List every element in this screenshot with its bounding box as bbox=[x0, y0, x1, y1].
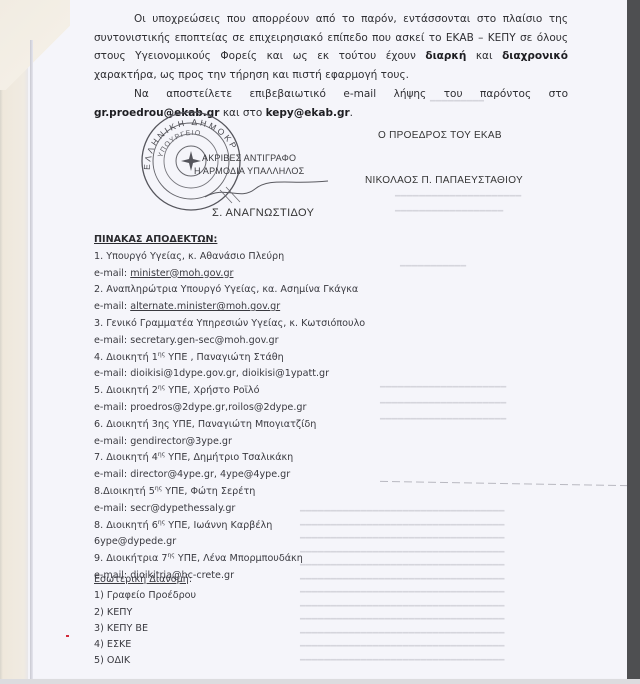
emphasized-text: kepy@ekab.gr bbox=[266, 107, 350, 119]
body-paragraph-obligations: Οι υποχρεώσεις που απορρέουν από το παρό… bbox=[94, 10, 568, 84]
recipient-name: 2. Αναπληρώτρια Υπουργό Υγείας, κα. Ασημ… bbox=[94, 282, 394, 299]
email-address: 6ype@dypede.gr bbox=[94, 536, 176, 547]
signatory-title: Ο ΠΡΟΕΔΡΟΣ ΤΟΥ ΕΚΑΒ bbox=[378, 130, 502, 141]
recipient-email: e-mail: alternate.minister@moh.gov.gr bbox=[94, 299, 394, 316]
recipient-name: 6. Διοικητή 3ης ΥΠΕ, Παναγιώτη Μπογιατζί… bbox=[94, 417, 394, 434]
email-address: proedros@2dype.gr,roilos@2dype.gr bbox=[130, 402, 306, 413]
signatory-name: ΝΙΚΟΛΑΟΣ Π. ΠΑΠΑΕΥΣΤΑΘΙΟΥ bbox=[365, 175, 523, 186]
email-address: alternate.minister@moh.gov.gr bbox=[130, 301, 280, 312]
paragraph-text: Οι υποχρεώσεις που απορρέουν από το παρό… bbox=[94, 10, 568, 84]
stamp-certified-copy: ΑΚΡΙΒΕΣ ΑΝΤΙΓΡΑΦΟ bbox=[202, 153, 296, 163]
distribution-item: 4) ΕΣΚΕ bbox=[94, 637, 294, 653]
recipient-email: e-mail: gendirector@3ype.gr bbox=[94, 434, 394, 451]
scan-left-margin bbox=[0, 0, 28, 684]
recipient-email: e-mail: director@4ype.gr, 4ype@4ype.gr bbox=[94, 467, 394, 484]
text-segment: χαρακτήρα, ως προς την τήρηση και πιστή … bbox=[94, 69, 409, 81]
page-edge bbox=[30, 40, 33, 684]
recipients-heading: ΠΙΝΑΚΑΣ ΑΠΟΔΕΚΤΩΝ: bbox=[94, 232, 394, 249]
recipient-email: e-mail: dioikisi@1dype.gov.gr, dioikisi@… bbox=[94, 366, 394, 383]
recipient-email: e-mail: secretary.gen-sec@moh.gov.gr bbox=[94, 333, 394, 350]
recipient-email: e-mail: secr@dypethessaly.gr bbox=[94, 501, 394, 518]
internal-distribution-list: Εσωτερική Διανομή: 1) Γραφείο Προέδρου2)… bbox=[94, 572, 294, 670]
recipient-name: 8. Διοικητή 6ης ΥΠΕ, Ιωάννη Καρβέλη bbox=[94, 518, 394, 535]
text-segment: Να αποστείλετε επιβεβαιωτικό e-mail λήψη… bbox=[134, 88, 568, 100]
distribution-item: 1) Γραφείο Προέδρου bbox=[94, 588, 294, 604]
recipient-name: 4. Διοικητή 1ης ΥΠΕ , Παναγιώτη Στάθη bbox=[94, 350, 394, 367]
email-address: gendirector@3ype.gr bbox=[130, 436, 232, 447]
recipient-email: e-mail: minister@moh.gov.gr bbox=[94, 266, 394, 283]
email-address: secretary.gen-sec@moh.gov.gr bbox=[130, 335, 278, 346]
signature-scribble-icon bbox=[200, 175, 330, 205]
emphasized-text: διαχρονικό bbox=[502, 50, 568, 62]
recipient-email: e-mail: proedros@2dype.gr,roilos@2dype.g… bbox=[94, 400, 394, 417]
bleed-through-block: ━━━━━━━━━━━━━━━━━━━━━━━━━━━━━━━━━━━━━━━━… bbox=[380, 380, 506, 428]
viewer-right-border bbox=[627, 0, 640, 684]
recipient-name: 7. Διοικητή 4ης ΥΠΕ, Δημήτριο Τσαλικάκη bbox=[94, 450, 394, 467]
viewer-bottom-border bbox=[0, 679, 640, 684]
stamp-signer-name: Σ. ΑΝΑΓΝΩΣΤΙΔΟΥ bbox=[212, 207, 314, 219]
recipient-name: 8.Διοικητή 5ης ΥΠΕ, Φώτη Σερέτη bbox=[94, 484, 394, 501]
recipient-name: 9. Διοικήτρια 7ης ΥΠΕ, Λένα Μπορμπουδάκη bbox=[94, 551, 394, 568]
red-ink-mark bbox=[66, 635, 69, 637]
email-address: dioikisi@1dype.gov.gr, dioikisi@1ypatt.g… bbox=[130, 368, 329, 379]
recipient-name: 3. Γενικό Γραμματέα Υπηρεσιών Υγείας, κ.… bbox=[94, 316, 394, 333]
recipient-name: 5. Διοικητή 2ης ΥΠΕ, Χρήστο Ροϊλό bbox=[94, 383, 394, 400]
recipients-table: ΠΙΝΑΚΑΣ ΑΠΟΔΕΚΤΩΝ: 1. Υπουργό Υγείας, κ.… bbox=[94, 232, 394, 585]
emphasized-text: διαρκή bbox=[425, 50, 466, 62]
email-address: minister@moh.gov.gr bbox=[130, 268, 233, 279]
recipient-name: 1. Υπουργό Υγείας, κ. Αθανάσιο Πλεύρη bbox=[94, 249, 394, 266]
text-segment: και bbox=[466, 50, 502, 62]
email-address: secr@dypethessaly.gr bbox=[130, 503, 235, 514]
recipient-email: 6ype@dypede.gr bbox=[94, 534, 394, 551]
bleed-through-text: ━━━━━━━━━━━ bbox=[400, 260, 466, 275]
distribution-item: 5) ΟΔΙΚ bbox=[94, 653, 294, 669]
bleed-through-text: ━━━━━━━━━━━━━━━━━━━━━ bbox=[395, 190, 521, 205]
text-segment: . bbox=[350, 107, 353, 119]
bleed-through-text: ━━━━━━━━━━━━━━━━━━ bbox=[395, 205, 503, 220]
internal-distribution-heading: Εσωτερική Διανομή: bbox=[94, 572, 294, 588]
page-fold-corner bbox=[0, 0, 70, 90]
distribution-item: 2) ΚΕΠΥ bbox=[94, 605, 294, 621]
distribution-item: 3) ΚΕΠΥ ΒΕ bbox=[94, 621, 294, 637]
email-address: director@4ype.gr, 4ype@4ype.gr bbox=[130, 469, 290, 480]
